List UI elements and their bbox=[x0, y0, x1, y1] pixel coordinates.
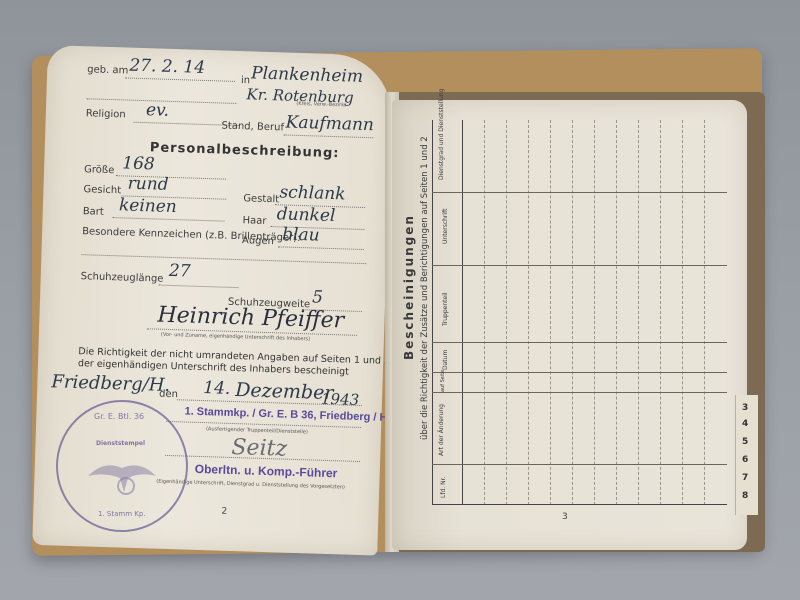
beard-value: keinen bbox=[119, 195, 177, 217]
face-value: rund bbox=[127, 174, 169, 195]
shoe-length-label: Schuhzeuglänge bbox=[81, 271, 164, 285]
col-divider-truppenteil bbox=[432, 342, 727, 343]
birth-line bbox=[125, 77, 235, 81]
build-value: schlank bbox=[279, 182, 346, 204]
grid-line bbox=[506, 120, 507, 505]
grid-line bbox=[528, 120, 529, 505]
col-divider-datum bbox=[432, 372, 727, 373]
stamp-top-text: Gr. E. Btl. 36 bbox=[94, 412, 144, 421]
edge-tab[interactable]: 8 bbox=[742, 491, 748, 501]
right-page-subtitle: über die Richtigkeit der Zusätze und Ber… bbox=[420, 136, 430, 440]
page-edge-tabs: 3 4 5 6 7 8 bbox=[735, 395, 758, 515]
religion-value: ev. bbox=[146, 100, 170, 121]
grid-line bbox=[616, 120, 617, 505]
col-divider-unterschrift bbox=[432, 265, 727, 266]
grid-line bbox=[594, 120, 595, 505]
birth-place: Plankenheim bbox=[251, 63, 363, 87]
occupation-value: Kaufmann bbox=[285, 113, 374, 136]
date-month: Dezember bbox=[235, 379, 334, 404]
edge-tab[interactable]: 7 bbox=[742, 473, 748, 483]
height-label: Größe bbox=[84, 164, 115, 176]
col-divider-art bbox=[432, 464, 727, 465]
date-day: 14. bbox=[203, 378, 231, 399]
unit-stamp: 1. Stammkp. / Gr. E. B 36, Friedberg / H… bbox=[184, 405, 390, 423]
certifications-table: Dienstgrad und Dienststellung Unterschri… bbox=[432, 120, 727, 505]
unit-caption: (Ausfertigender Truppenteil/Dienststelle… bbox=[206, 426, 308, 435]
col-header-truppenteil: Truppenteil bbox=[442, 292, 449, 326]
page-number-left: 2 bbox=[221, 507, 227, 517]
stamp-bottom-text: 1. Stamm Kp. bbox=[98, 510, 146, 518]
col-header-unterschrift: Unterschrift bbox=[442, 209, 449, 244]
place-signed: Friedberg/H. bbox=[51, 371, 170, 396]
grid-line bbox=[572, 120, 573, 505]
hair-label: Haar bbox=[242, 215, 266, 227]
col-divider-seite bbox=[432, 392, 727, 393]
personal-description-heading: Personalbeschreibung: bbox=[150, 140, 340, 161]
col-header-datum: Datum bbox=[442, 350, 449, 370]
birth-label: geb. am bbox=[87, 64, 128, 76]
den-label: den bbox=[159, 389, 178, 401]
birth-date: 27. 2. 14 bbox=[129, 56, 205, 78]
hair-value: dunkel bbox=[276, 204, 335, 226]
edge-tab[interactable]: 3 bbox=[742, 403, 748, 413]
col-header-art: Art der Änderung bbox=[438, 404, 445, 456]
date-year: 1943 bbox=[321, 390, 360, 409]
grid-line bbox=[704, 120, 705, 505]
shoe-width-value: 5 bbox=[312, 287, 323, 307]
occupation-line bbox=[283, 134, 373, 138]
beard-line bbox=[113, 217, 225, 222]
right-page-title: Bescheinigungen bbox=[402, 214, 416, 360]
occupation-label: Stand, Beruf bbox=[221, 120, 284, 133]
table-header-divider bbox=[462, 120, 463, 505]
col-header-lfd-nr: Lfd. Nr. bbox=[440, 477, 447, 498]
round-service-stamp: Gr. E. Btl. 36 Dienststempel 1. Stamm Kp… bbox=[56, 400, 188, 532]
beard-label: Bart bbox=[83, 206, 104, 218]
officer-stamp: Oberltn. u. Komp.-Führer bbox=[195, 462, 338, 480]
edge-tab[interactable]: 6 bbox=[742, 455, 748, 465]
edge-tab[interactable]: 4 bbox=[742, 419, 748, 429]
col-header-seite: auf Seite bbox=[440, 370, 446, 392]
place-hint: (Kreis, Verw.-Bezirk) bbox=[296, 101, 346, 109]
grid-line bbox=[550, 120, 551, 505]
table-border-left bbox=[432, 120, 433, 505]
height-value: 168 bbox=[122, 153, 155, 174]
col-header-dienstgrad: Dienstgrad und Dienststellung bbox=[438, 89, 445, 180]
religion-label: Religion bbox=[86, 108, 126, 120]
grid-line bbox=[682, 120, 683, 505]
col-divider-dienstgrad bbox=[432, 192, 727, 193]
grid-line bbox=[484, 120, 485, 505]
grid-line bbox=[660, 120, 661, 505]
shoe-length-value: 27 bbox=[169, 261, 191, 282]
build-label: Gestalt bbox=[243, 193, 279, 205]
special-marks-label: Besondere Kennzeichen (z.B. Brillenträge… bbox=[82, 226, 301, 244]
eagle-emblem-icon bbox=[84, 448, 160, 498]
face-label: Gesicht bbox=[83, 184, 121, 196]
table-border-bottom bbox=[432, 504, 727, 505]
stamp-center-text: Dienststempel bbox=[96, 440, 145, 447]
grid-line bbox=[638, 120, 639, 505]
special-marks-line-2 bbox=[81, 254, 366, 264]
page-number-right: 3 bbox=[562, 512, 568, 522]
eyes-line bbox=[278, 246, 364, 250]
edge-tab[interactable]: 5 bbox=[742, 437, 748, 447]
shoe-length-line bbox=[158, 285, 238, 289]
